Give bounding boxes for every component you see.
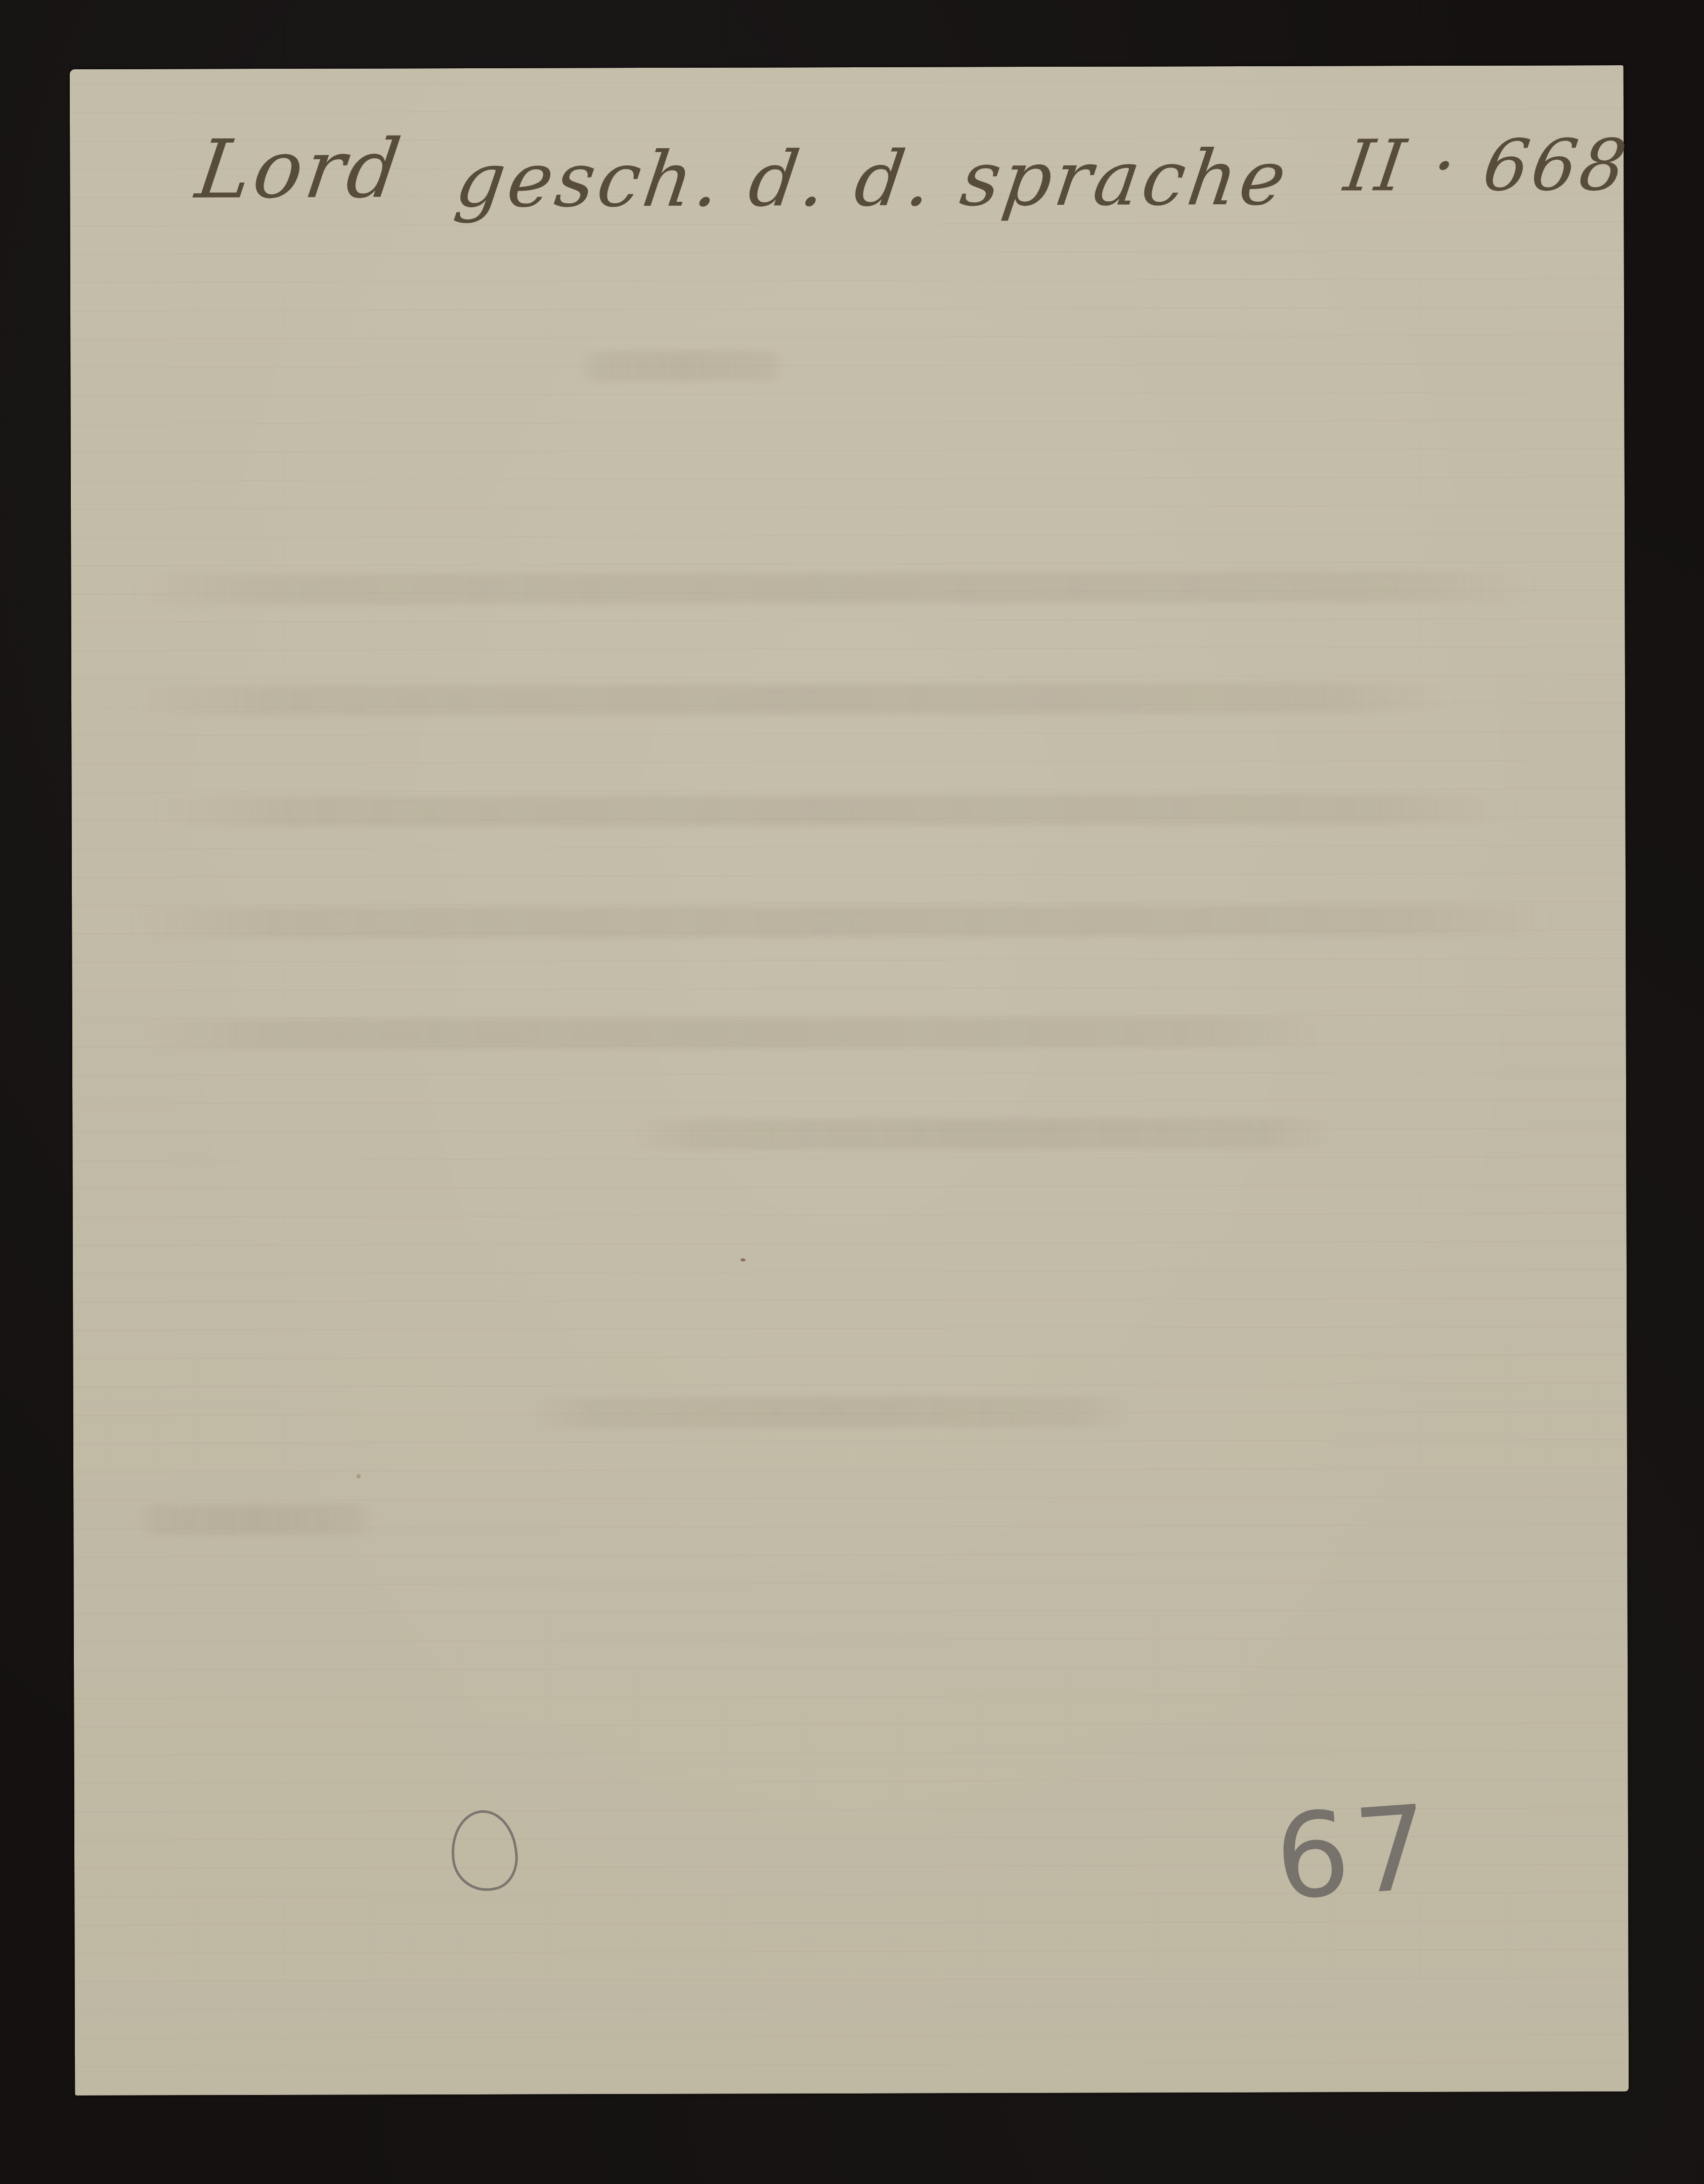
bleed-through-line — [134, 1504, 377, 1535]
bleed-through-line — [529, 1397, 1135, 1429]
manuscript-page: Lord gesch. d. d. sprache II · 668 67 — [70, 65, 1629, 2096]
bleed-through-line — [576, 350, 789, 381]
bleed-through-line — [132, 683, 1457, 717]
heading-author: Lord — [191, 121, 409, 216]
bleed-through-line — [132, 571, 1538, 605]
bleed-through-line — [153, 794, 1518, 828]
heading-reference: II · 668 — [1340, 124, 1634, 208]
bleed-through-line — [143, 1017, 1332, 1050]
pencil-oval-mark — [446, 1806, 522, 1895]
heading-title: gesch. d. d. sprache — [451, 135, 1294, 225]
page-heading: Lord gesch. d. d. sprache II · 668 — [178, 113, 1570, 309]
folio-number: 67 — [1272, 1790, 1437, 1917]
bleed-through-line — [629, 1118, 1337, 1150]
paper-speck — [740, 1259, 746, 1262]
bleed-through-line — [127, 905, 1554, 939]
paper-speck — [357, 1475, 361, 1479]
